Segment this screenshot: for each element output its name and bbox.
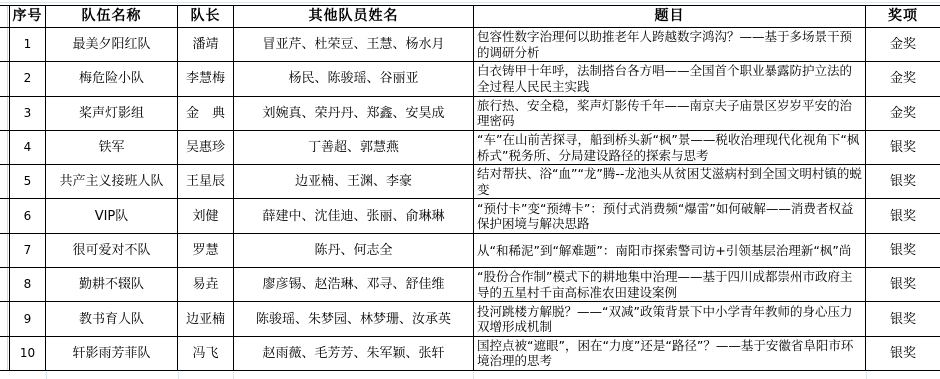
left-gutter (0, 6, 10, 27)
header-no: 序号 (10, 6, 46, 27)
cell-members[interactable]: 薛建中、沈佳迪、张丽、俞琳琳 (234, 199, 474, 232)
cell-captain[interactable]: 王星辰 (178, 165, 234, 198)
cell-members[interactable]: 杨民、陈骏瑶、谷丽亚 (234, 62, 474, 95)
cell-members[interactable]: 丁善超、郭慧燕 (234, 131, 474, 164)
cell-award[interactable]: 金奖 (866, 97, 940, 130)
cell-award[interactable]: 金奖 (866, 62, 940, 95)
table-row: 7 很可爱对不队 罗慧 陈丹、何志全 从“和稀泥”到“解难题”：南阳市探索警司访… (0, 234, 940, 268)
left-gutter (0, 62, 10, 95)
cell-award[interactable]: 金奖 (866, 28, 940, 61)
cell-captain[interactable]: 刘健 (178, 199, 234, 232)
header-topic: 题目 (474, 6, 866, 27)
cell-captain[interactable]: 易垚 (178, 268, 234, 301)
cell-row-number[interactable]: 8 (10, 268, 46, 301)
table-row: 10 轩影雨芳菲队 冯飞 赵雨薇、毛芳芳、朱军颖、张轩 国控点被“遮眼”，困在“… (0, 337, 940, 371)
cell-team-name[interactable]: 教书育人队 (46, 302, 178, 335)
left-gutter (0, 131, 10, 164)
cell-captain[interactable]: 罗慧 (178, 234, 234, 267)
cell-topic[interactable]: 结对帮扶、浴“血”“龙”腾--龙池头从贫困艾滋病村到全国文明村镇的蜕变 (474, 165, 866, 198)
left-gutter (0, 199, 10, 232)
cell-members[interactable]: 边亚楠、王渊、李豪 (234, 165, 474, 198)
cell-team-name[interactable]: 铁军 (46, 131, 178, 164)
sheet-gridline-bottom-5 (866, 372, 867, 379)
cell-row-number[interactable]: 1 (10, 28, 46, 61)
cell-captain[interactable]: 潘靖 (178, 28, 234, 61)
cell-team-name[interactable]: 共产主义接班人队 (46, 165, 178, 198)
cell-row-number[interactable]: 3 (10, 97, 46, 130)
cell-award[interactable]: 银奖 (866, 268, 940, 301)
cell-award[interactable]: 银奖 (866, 337, 940, 370)
award-table: 序号 队伍名称 队长 其他队员姓名 题目 奖项 1 最美夕阳红队 潘靖 冒亚芹、… (0, 5, 940, 371)
cell-row-number[interactable]: 4 (10, 131, 46, 164)
cell-award[interactable]: 银奖 (866, 302, 940, 335)
cell-captain[interactable]: 冯飞 (178, 337, 234, 370)
sheet-gridline-bottom-1 (46, 372, 47, 379)
cell-members[interactable]: 刘婉真、荣丹丹、郑鑫、安昊成 (234, 97, 474, 130)
table-row: 1 最美夕阳红队 潘靖 冒亚芹、杜荣豆、王慧、杨水月 包容性数字治理何以助推老年… (0, 28, 940, 62)
cell-topic[interactable]: “股份合作制”模式下的耕地集中治理——基于四川成都崇州市政府主导的五星村千亩高标… (474, 268, 866, 301)
cell-team-name[interactable]: VIP队 (46, 199, 178, 232)
sheet-gridline-bottom-2 (178, 372, 179, 379)
cell-award[interactable]: 银奖 (866, 131, 940, 164)
header-members: 其他队员姓名 (234, 6, 474, 27)
cell-topic[interactable]: 旅行热、安全稳，桨声灯影传千年——南京夫子庙景区岁岁平安的治理密码 (474, 97, 866, 130)
table-row: 9 教书育人队 边亚楠 陈骏瑶、朱梦园、林梦珊、汝承英 投河跳楼方解脱？——“双… (0, 302, 940, 336)
cell-team-name[interactable]: 最美夕阳红队 (46, 28, 178, 61)
cell-row-number[interactable]: 9 (10, 302, 46, 335)
cell-topic[interactable]: “车”在山前苦探寻，船到桥头新“枫”景——税收治理现代化视角下“枫桥式”税务所、… (474, 131, 866, 164)
table-header-row: 序号 队伍名称 队长 其他队员姓名 题目 奖项 (0, 5, 940, 28)
table-row: 4 铁军 吴惠珍 丁善超、郭慧燕 “车”在山前苦探寻，船到桥头新“枫”景——税收… (0, 131, 940, 165)
left-gutter (0, 97, 10, 130)
cell-award[interactable]: 银奖 (866, 199, 940, 232)
left-gutter (0, 268, 10, 301)
cell-members[interactable]: 陈丹、何志全 (234, 234, 474, 267)
cell-members[interactable]: 冒亚芹、杜荣豆、王慧、杨水月 (234, 28, 474, 61)
cell-topic[interactable]: 投河跳楼方解脱？——“双减”政策背景下中小学青年教师的身心压力双增形成机制 (474, 302, 866, 335)
cell-award[interactable]: 银奖 (866, 234, 940, 267)
cell-team-name[interactable]: 勤耕不辍队 (46, 268, 178, 301)
cell-topic[interactable]: 包容性数字治理何以助推老年人跨越数字鸿沟？——基于多场景干预的调研分析 (474, 28, 866, 61)
header-award: 奖项 (866, 6, 940, 27)
sheet-gridline-top (0, 2, 940, 3)
cell-topic[interactable]: 国控点被“遮眼”，困在“力度”还是“路径”？——基于安徽省阜阳市环境治理的思考 (474, 337, 866, 370)
left-gutter (0, 337, 10, 370)
cell-team-name[interactable]: 梅危险小队 (46, 62, 178, 95)
cell-row-number[interactable]: 7 (10, 234, 46, 267)
left-gutter (0, 234, 10, 267)
cell-team-name[interactable]: 桨声灯影组 (46, 97, 178, 130)
cell-topic[interactable]: 从“和稀泥”到“解难题”：南阳市探索警司访+引领基层治理新“枫”尚 (474, 234, 866, 267)
spreadsheet-view: 序号 队伍名称 队长 其他队员姓名 题目 奖项 1 最美夕阳红队 潘靖 冒亚芹、… (0, 0, 940, 379)
table-body: 1 最美夕阳红队 潘靖 冒亚芹、杜荣豆、王慧、杨水月 包容性数字治理何以助推老年… (0, 28, 940, 371)
left-gutter (0, 165, 10, 198)
left-gutter (0, 28, 10, 61)
cell-row-number[interactable]: 10 (10, 337, 46, 370)
cell-award[interactable]: 银奖 (866, 165, 940, 198)
cell-captain[interactable]: 金 典 (178, 97, 234, 130)
table-row: 5 共产主义接班人队 王星辰 边亚楠、王渊、李豪 结对帮扶、浴“血”“龙”腾--… (0, 165, 940, 199)
table-row: 2 梅危险小队 李慧梅 杨民、陈骏瑶、谷丽亚 白衣铸甲十年呼，法制搭台各方唱——… (0, 62, 940, 96)
header-team-name: 队伍名称 (46, 6, 178, 27)
sheet-gridline-bottom-3 (233, 372, 234, 379)
left-gutter (0, 302, 10, 335)
cell-captain[interactable]: 边亚楠 (178, 302, 234, 335)
sheet-gridline-bottom-4 (473, 372, 474, 379)
cell-members[interactable]: 廖彦锡、赵浩琳、邓寻、舒佳维 (234, 268, 474, 301)
cell-members[interactable]: 陈骏瑶、朱梦园、林梦珊、汝承英 (234, 302, 474, 335)
cell-topic[interactable]: “预付卡”变“预缚卡”：预付式消费频“爆雷”如何破解——消费者权益保护困境与解决… (474, 199, 866, 232)
table-row: 3 桨声灯影组 金 典 刘婉真、荣丹丹、郑鑫、安昊成 旅行热、安全稳，桨声灯影传… (0, 97, 940, 131)
cell-captain[interactable]: 李慧梅 (178, 62, 234, 95)
cell-row-number[interactable]: 6 (10, 199, 46, 232)
cell-captain[interactable]: 吴惠珍 (178, 131, 234, 164)
cell-row-number[interactable]: 5 (10, 165, 46, 198)
table-row: 8 勤耕不辍队 易垚 廖彦锡、赵浩琳、邓寻、舒佳维 “股份合作制”模式下的耕地集… (0, 268, 940, 302)
cell-row-number[interactable]: 2 (10, 62, 46, 95)
cell-members[interactable]: 赵雨薇、毛芳芳、朱军颖、张轩 (234, 337, 474, 370)
header-captain: 队长 (178, 6, 234, 27)
cell-team-name[interactable]: 轩影雨芳菲队 (46, 337, 178, 370)
cell-team-name[interactable]: 很可爱对不队 (46, 234, 178, 267)
cell-topic[interactable]: 白衣铸甲十年呼，法制搭台各方唱——全国首个职业暴露防护立法的全过程人民民主实践 (474, 62, 866, 95)
table-row: 6 VIP队 刘健 薛建中、沈佳迪、张丽、俞琳琳 “预付卡”变“预缚卡”：预付式… (0, 199, 940, 233)
